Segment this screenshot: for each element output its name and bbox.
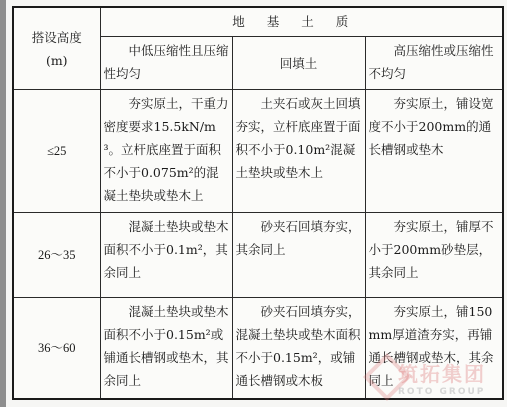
table-cell: 砂夹石回填夯实，混凝土垫块或垫木面积不小于0.15m²，或铺通长槽钢或木板 bbox=[232, 298, 365, 400]
table-row: ≤25 夯实原土，干重力密度要求15.5kN/m³。立杆底座置于面积不小于0.0… bbox=[13, 90, 503, 213]
header-col-high-compress: 高压缩性或压缩性不均匀 bbox=[365, 37, 503, 90]
table-cell: 砂夹石回填夯实，其余同上 bbox=[232, 213, 365, 298]
header-height-unit: (m) bbox=[17, 49, 97, 72]
row-height: ≤25 bbox=[13, 90, 100, 213]
table-cell: 混凝土垫块或垫木面积不小于0.1m²，其余同上 bbox=[100, 213, 232, 298]
table-cell: 夯实原土，干重力密度要求15.5kN/m³。立杆底座置于面积不小于0.075m²… bbox=[100, 90, 232, 213]
table-row: 26～35 混凝土垫块或垫木面积不小于0.1m²，其余同上 砂夹石回填夯实，其余… bbox=[13, 213, 503, 298]
header-height: 搭设高度 (m) bbox=[13, 7, 100, 90]
table-cell: 土夹石或灰土回填夯实，立杆底座置于面积不小于0.10m²混凝土垫块或垫木上 bbox=[232, 90, 365, 213]
foundation-requirements-table: 搭设高度 (m) 地基土质 中低压缩性且压缩性均匀 回填土 高压缩性或压缩性不均… bbox=[12, 6, 504, 400]
header-row-top: 搭设高度 (m) 地基土质 bbox=[13, 7, 503, 37]
header-height-label: 搭设高度 bbox=[17, 26, 97, 49]
scan-edge bbox=[0, 0, 6, 407]
row-height: 36～60 bbox=[13, 298, 100, 400]
header-col-backfill: 回填土 bbox=[232, 37, 365, 90]
table-cell: 混凝土垫块或垫木面积不小于0.15m²或铺通长槽钢或垫木，其余同上 bbox=[100, 298, 232, 400]
table-cell: 夯实原土，铺设宽度不小于200mm的通长槽钢或垫木 bbox=[365, 90, 503, 213]
row-height: 26～35 bbox=[13, 213, 100, 298]
table-cell: 夯实原土，铺厚不小于200mm砂垫层，其余同上 bbox=[365, 213, 503, 298]
header-soil-group: 地基土质 bbox=[100, 7, 503, 37]
table-row: 36～60 混凝土垫块或垫木面积不小于0.15m²或铺通长槽钢或垫木，其余同上 … bbox=[13, 298, 503, 400]
header-col-low-compress: 中低压缩性且压缩性均匀 bbox=[100, 37, 232, 90]
